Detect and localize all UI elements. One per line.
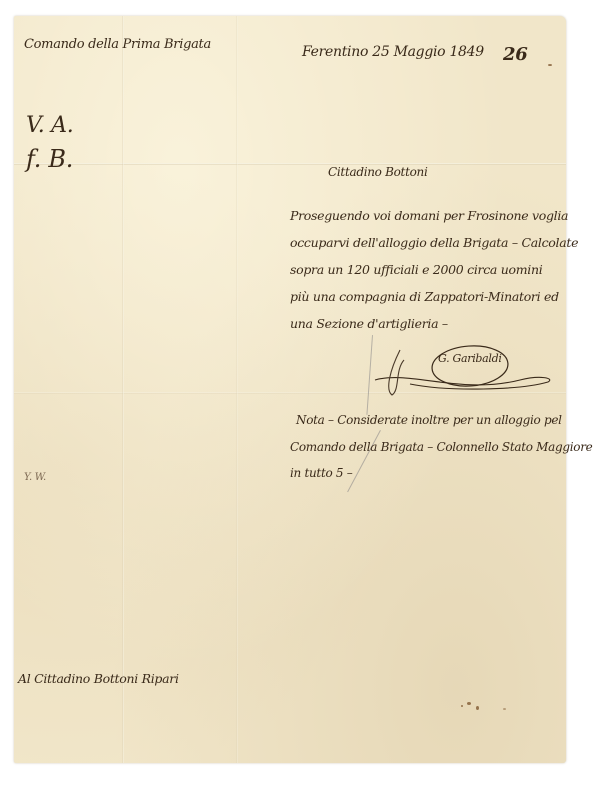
margin-note-2: f. B. <box>26 145 73 173</box>
fold-line-vertical <box>122 16 124 763</box>
ink-stain <box>548 64 552 66</box>
ink-stain <box>461 705 463 707</box>
body-line: Proseguendo voi domani per Frosinone vog… <box>290 208 568 223</box>
note-line: Nota – Considerate inoltre per un allogg… <box>296 413 562 427</box>
side-marks: Y. W. <box>24 472 46 483</box>
ink-stain <box>467 702 471 705</box>
body-line: sopra un 120 ufficiali e 2000 circa uomi… <box>290 262 542 277</box>
ink-stain <box>503 708 506 710</box>
salutation: Cittadino Bottoni <box>328 165 427 179</box>
body-line: più una compagnia di Zappatori-Minatori … <box>290 289 559 304</box>
addressee: Al Cittadino Bottoni Ripari <box>18 671 179 686</box>
signature: G. Garibaldi <box>438 352 502 365</box>
page-number: 26 <box>503 44 527 65</box>
note-line: Comando della Brigata – Colonnello Stato… <box>290 440 592 454</box>
note-line: in tutto 5 – <box>290 466 352 480</box>
body-line: una Sezione d'artiglieria – <box>290 316 448 331</box>
fold-line-horizontal <box>14 163 566 165</box>
dateline: Ferentino 25 Maggio 1849 <box>302 44 484 60</box>
body-line: occuparvi dell'alloggio della Brigata – … <box>290 235 578 250</box>
ink-stain <box>476 706 479 710</box>
signature-flourish-icon <box>370 340 560 400</box>
header-left: Comando della Prima Brigata <box>24 37 211 52</box>
fold-line-vertical <box>236 16 238 763</box>
margin-note-1: V. A. <box>26 113 73 138</box>
